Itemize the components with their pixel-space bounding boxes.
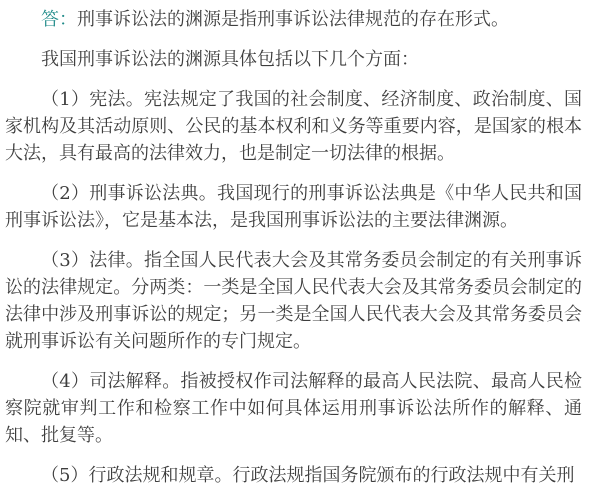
answer-label: 答： (41, 9, 77, 30)
paragraph-item-2-criminal-procedure-code: （2）刑事诉讼法典。我国现行的刑事诉讼法典是《中华人民共和国刑事诉讼法》，它是基… (5, 180, 582, 234)
document-page: 答：刑事诉讼法的渊源是指刑事诉讼法律规范的存在形式。 我国刑事诉讼法的渊源具体包… (0, 0, 589, 499)
paragraph-item-1-constitution: （1）宪法。宪法规定了我国的社会制度、经济制度、政治制度、国家机构及其活动原则、… (5, 86, 582, 167)
paragraph-text: 刑事诉讼法的渊源是指刑事诉讼法律规范的存在形式。 (77, 9, 509, 30)
paragraph-item-3-laws: （3）法律。指全国人民代表大会及其常务委员会制定的有关刑事诉讼的法律规定。分两类… (5, 247, 582, 355)
paragraph-overview: 我国刑事诉讼法的渊源具体包括以下几个方面： (5, 46, 582, 73)
paragraph-item-4-judicial-interpretation: （4）司法解释。指被授权作司法解释的最高人民法院、最高人民检察院就审判工作和检察… (5, 368, 582, 449)
paragraph-item-5-administrative-regulations: （5）行政法规和规章。行政法规指国务院颁布的行政法规中有关刑 (5, 462, 582, 489)
paragraph-answer-intro: 答：刑事诉讼法的渊源是指刑事诉讼法律规范的存在形式。 (5, 6, 582, 33)
